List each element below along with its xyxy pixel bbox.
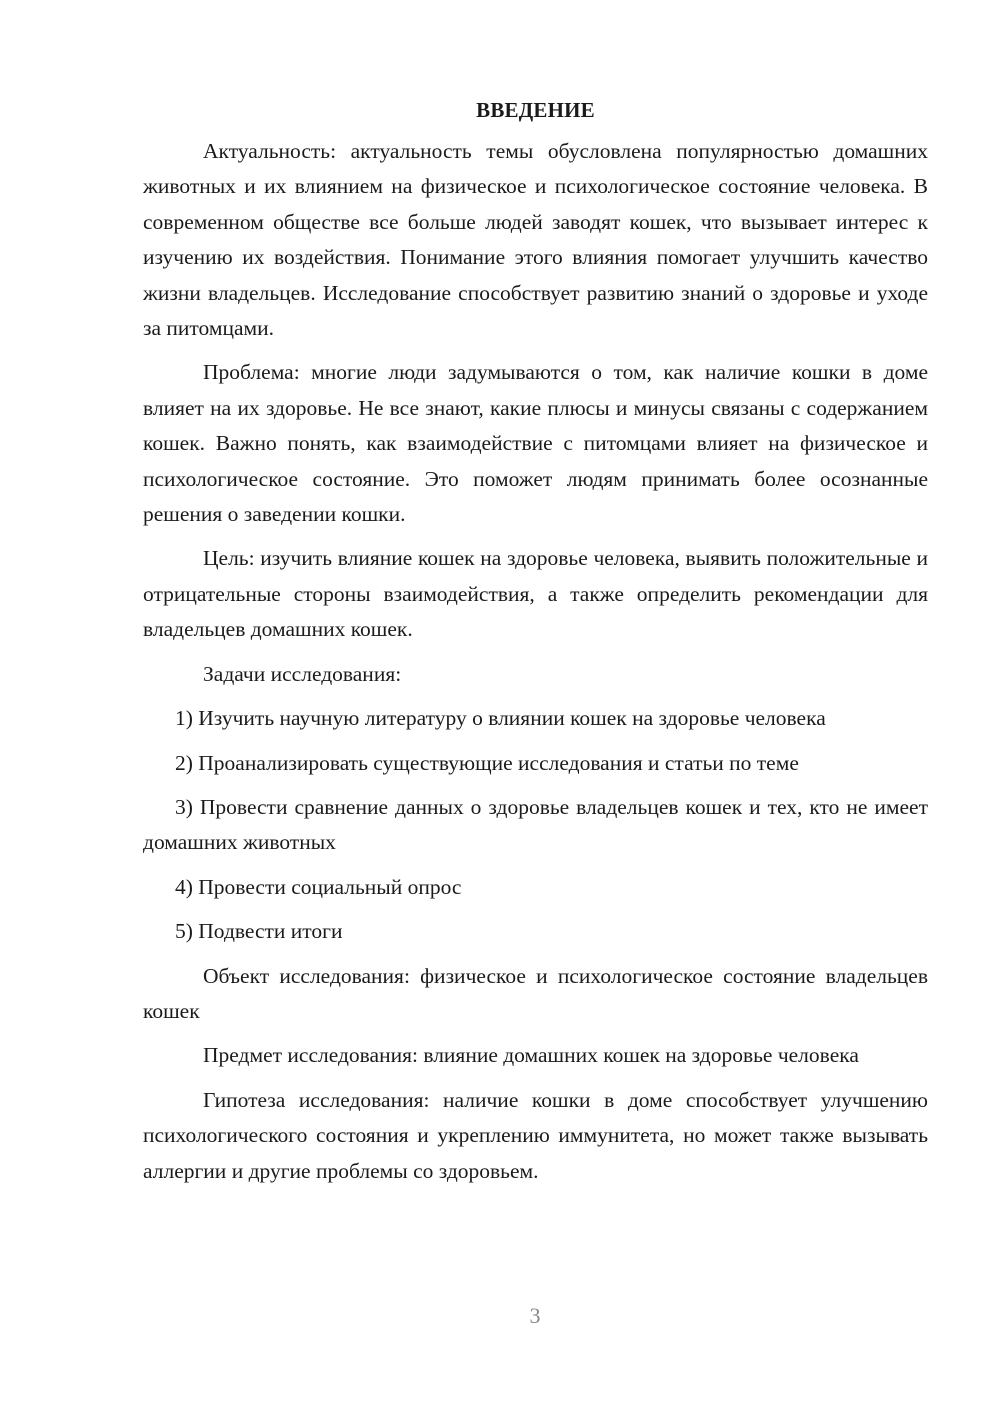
paragraph-problem: Проблема: многие люди задумываются о том… (143, 355, 928, 532)
document-page: ВВЕДЕНИЕ Актуальность: актуальность темы… (143, 94, 928, 1198)
paragraph-relevance: Актуальность: актуальность темы обусловл… (143, 134, 928, 346)
task-item-3: 3) Провести сравнение данных о здоровье … (143, 790, 928, 861)
task-item-1: 1) Изучить научную литературу о влиянии … (143, 701, 928, 736)
task-item-2: 2) Проанализировать существующие исследо… (143, 746, 928, 781)
paragraph-subject: Предмет исследования: влияние домашних к… (143, 1038, 928, 1073)
page-title: ВВЕДЕНИЕ (143, 94, 928, 126)
paragraph-goal: Цель: изучить влияние кошек на здоровье … (143, 541, 928, 647)
page-number: 3 (0, 1303, 1000, 1329)
tasks-heading: Задачи исследования: (143, 657, 928, 692)
paragraph-object: Объект исследования: физическое и психол… (143, 959, 928, 1030)
tasks-list: 1) Изучить научную литературу о влиянии … (143, 701, 928, 949)
task-item-4: 4) Провести социальный опрос (143, 870, 928, 905)
paragraph-hypothesis: Гипотеза исследования: наличие кошки в д… (143, 1083, 928, 1189)
task-item-5: 5) Подвести итоги (143, 914, 928, 949)
